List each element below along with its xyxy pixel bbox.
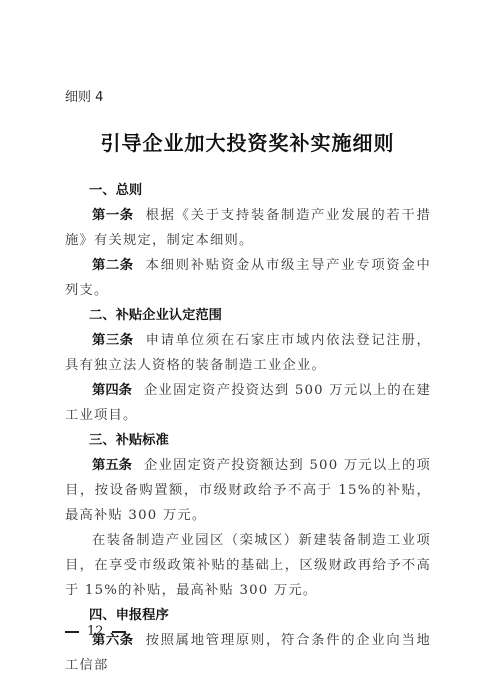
- document-body: 一、总则 第一条根据《关于支持装备制造产业发展的若干措施》有关规定，制定本细则。…: [65, 178, 431, 678]
- article-number: 第二条: [92, 258, 134, 273]
- document-label: 细则 4: [65, 86, 103, 105]
- article-5: 第五条企业固定资产投资额达到 500 万元以上的项目，按设备购置额，市级财政给予…: [65, 453, 431, 528]
- article-3: 第三条申请单位须在石家庄市域内依法登记注册，具有独立法人资格的装备制造工业企业。: [65, 328, 431, 378]
- article-2: 第二条本细则补贴资金从市级主导产业专项资金中列支。: [65, 253, 431, 303]
- page-number: 12: [65, 624, 126, 639]
- section-heading-scope: 二、补贴企业认定范围: [65, 303, 431, 328]
- section-heading-standard: 三、补贴标准: [65, 428, 431, 453]
- article-number: 第五条: [92, 458, 132, 473]
- document-page: 细则 4 引导企业加大投资奖补实施细则 一、总则 第一条根据《关于支持装备制造产…: [0, 0, 495, 699]
- article-number: 第一条: [92, 208, 134, 223]
- article-4: 第四条企业固定资产投资达到 500 万元以上的在建工业项目。: [65, 378, 431, 428]
- page-number-value: 12: [87, 624, 104, 639]
- document-title: 引导企业加大投资奖补实施细则: [0, 127, 495, 156]
- dash-left: [65, 631, 79, 633]
- article-number: 第四条: [92, 383, 132, 398]
- article-1: 第一条根据《关于支持装备制造产业发展的若干措施》有关规定，制定本细则。: [65, 203, 431, 253]
- dash-right: [112, 631, 126, 633]
- article-number: 第三条: [92, 333, 134, 348]
- paragraph-district-subsidy: 在装备制造产业园区（栾城区）新建装备制造工业项目，在享受市级政策补贴的基础上，区…: [65, 528, 431, 603]
- section-heading-general: 一、总则: [65, 178, 431, 203]
